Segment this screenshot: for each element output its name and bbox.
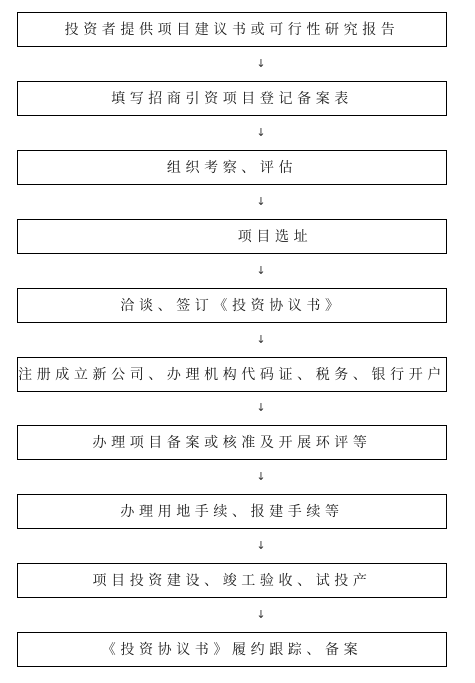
step-4-label: 项目选址: [152, 230, 312, 244]
step-10-box: 《投资协议书》履约跟踪、备案: [17, 632, 447, 667]
down-arrow-icon: ↓: [254, 401, 268, 415]
step-4-box: 项目选址: [17, 219, 447, 254]
step-5-label: 洽谈、签订《投资协议书》: [120, 299, 343, 313]
down-arrow-icon: ↓: [254, 333, 268, 347]
step-10-label: 《投资协议书》履约跟踪、备案: [102, 643, 362, 657]
step-8-box: 办理用地手续、报建手续等: [17, 494, 447, 529]
down-arrow-icon: ↓: [254, 470, 268, 484]
step-2-box: 填写招商引资项目登记备案表: [17, 81, 447, 116]
step-1-label: 投资者提供项目建议书或可行性研究报告: [65, 23, 400, 37]
down-arrow-icon: ↓: [254, 57, 268, 71]
step-2-label: 填写招商引资项目登记备案表: [111, 92, 353, 106]
step-1-box: 投资者提供项目建议书或可行性研究报告: [17, 12, 447, 47]
step-6-label: 注册成立新公司、办理机构代码证、税务、银行开户: [18, 368, 446, 382]
step-9-label: 项目投资建设、竣工验收、试投产: [93, 574, 372, 588]
step-5-box: 洽谈、签订《投资协议书》: [17, 288, 447, 323]
step-7-box: 办理项目备案或核准及开展环评等: [17, 425, 447, 460]
step-3-label: 组织考察、评估: [167, 161, 297, 175]
step-9-box: 项目投资建设、竣工验收、试投产: [17, 563, 447, 598]
down-arrow-icon: ↓: [254, 195, 268, 209]
down-arrow-icon: ↓: [254, 126, 268, 140]
step-7-label: 办理项目备案或核准及开展环评等: [93, 436, 372, 450]
step-3-box: 组织考察、评估: [17, 150, 447, 185]
down-arrow-icon: ↓: [254, 539, 268, 553]
investment-process-flowchart: 投资者提供项目建议书或可行性研究报告 ↓ 填写招商引资项目登记备案表 ↓ 组织考…: [0, 0, 475, 683]
step-6-box: 注册成立新公司、办理机构代码证、税务、银行开户: [17, 357, 447, 392]
down-arrow-icon: ↓: [254, 608, 268, 622]
down-arrow-icon: ↓: [254, 264, 268, 278]
step-8-label: 办理用地手续、报建手续等: [120, 505, 343, 519]
